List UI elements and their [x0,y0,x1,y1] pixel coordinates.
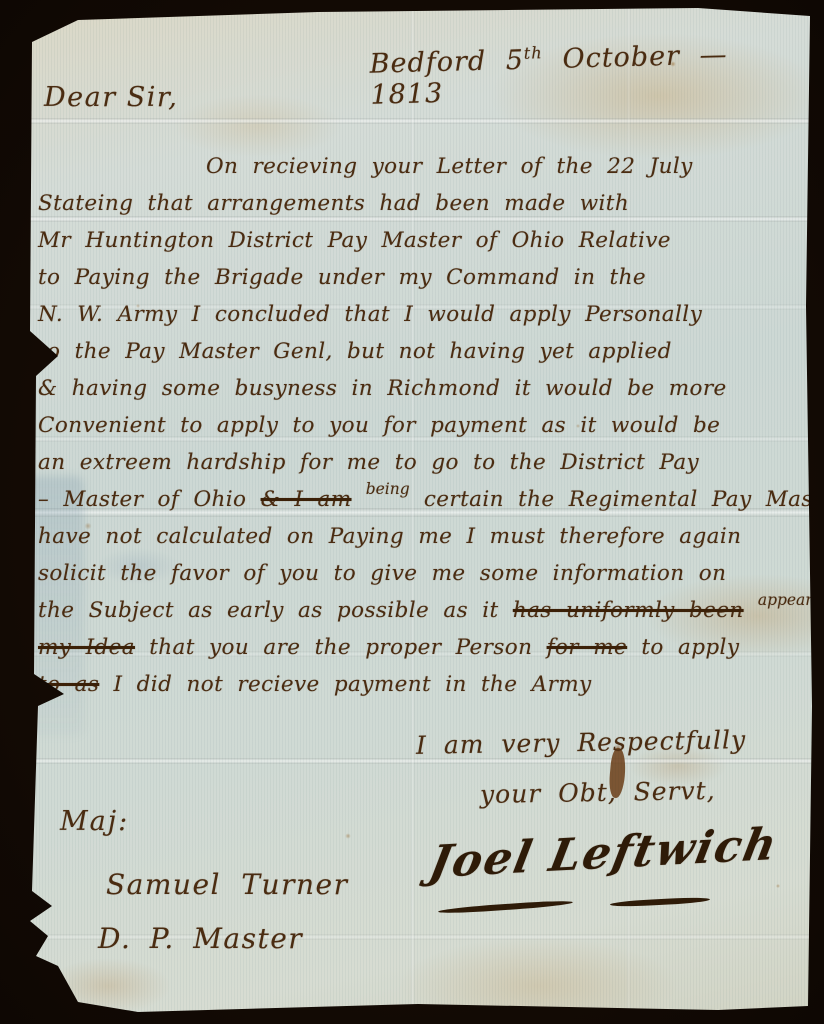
letter-text: N. W. Army I concluded that I would appl… [38,302,702,327]
addressee-name: Samuel Turner [106,868,348,901]
letter-text: Convenient to apply to you for payment a… [38,413,720,438]
struck-text: & I am [261,487,352,512]
signature: Joel Leftwich [425,819,782,889]
letter-text: Mr Huntington District Pay Master of Ohi… [38,228,671,253]
closing-line-2: your Obt, Servt, [480,776,716,809]
letter-line: Mr Huntington District Pay Master of Ohi… [38,222,792,259]
letter-text: I did not recieve payment in the Army [99,672,591,697]
letter-page: Bedford 5th October — 1813 Dear Sir, On … [18,6,812,1018]
addressee-rank: Maj: [60,806,129,837]
letter-text: – Master of Ohio [38,487,261,512]
fold-crease [18,118,812,124]
struck-text: to as [38,672,99,697]
letter-text: Stateing that arrangements had been made… [38,191,629,216]
letter-text [352,487,366,512]
signature-flourish [610,896,710,907]
letter-line: solicit the favor of you to give me some… [38,555,792,592]
letter-text [744,598,758,623]
addressee-title: D. P. Master [98,922,303,955]
letter-line: to Paying the Brigade under my Command i… [38,259,792,296]
photo-frame: Bedford 5th October — 1813 Dear Sir, On … [0,0,824,1024]
letter-text: that you are the proper Person [135,635,547,660]
date-line: Bedford 5th October — 1813 [369,36,812,111]
salutation: Dear Sir, [44,82,178,113]
letter-text: On recieving your Letter of the 22 July [206,154,693,179]
letter-line: have not calculated on Paying me I must … [38,518,792,555]
letter-line: N. W. Army I concluded that I would appl… [38,296,792,333]
struck-text: has uniformly been [513,598,744,623]
letter-text: to Paying the Brigade under my Command i… [38,265,646,290]
date-year: 1813 [370,78,444,111]
date-month: October [562,41,680,75]
letter-text: have not calculated on Paying me I must … [38,524,741,549]
letter-text: an extreem hardship for me to go to the … [38,450,699,475]
letter-line: the Subject as early as possible as it h… [38,592,792,629]
struck-text: my Idea [38,635,135,660]
signature-flourish [438,899,573,914]
letter-line: my Idea that you are the proper Person f… [38,629,792,666]
letter-line: – Master of Ohio & I am being certain th… [38,481,792,518]
letter-text: to the Pay Master Genl, but not having y… [38,339,672,364]
letter-text: & having some busyness in Richmond it wo… [38,376,727,401]
inserted-text: appears to me [758,591,824,609]
date-day-suffix: th [524,43,543,62]
inserted-text: being [366,480,410,498]
letter-line: On recieving your Letter of the 22 July [38,148,792,185]
letter-text: solicit the favor of you to give me some… [38,561,726,586]
letter-line: Stateing that arrangements had been made… [38,185,792,222]
date-day: 5 [505,45,524,76]
letter-text: certain the Regimental Pay Masters [410,487,824,512]
letter-text: the Subject as early as possible as it [38,598,513,623]
fold-crease [18,758,812,764]
closing-line-1: I am very Respectfully [416,725,747,760]
letter-line: to as I did not recieve payment in the A… [38,666,792,703]
date-dash: — [699,39,728,71]
letter-line: an extreem hardship for me to go to the … [38,444,792,481]
struck-text: for me [547,635,628,660]
letter-line: & having some busyness in Richmond it wo… [38,370,792,407]
letter-body: On recieving your Letter of the 22 JulyS… [38,148,792,703]
letter-line: Convenient to apply to you for payment a… [38,407,792,444]
letter-text: to apply [627,635,739,660]
date-place: Bedford [369,46,486,80]
letter-line: to the Pay Master Genl, but not having y… [38,333,792,370]
